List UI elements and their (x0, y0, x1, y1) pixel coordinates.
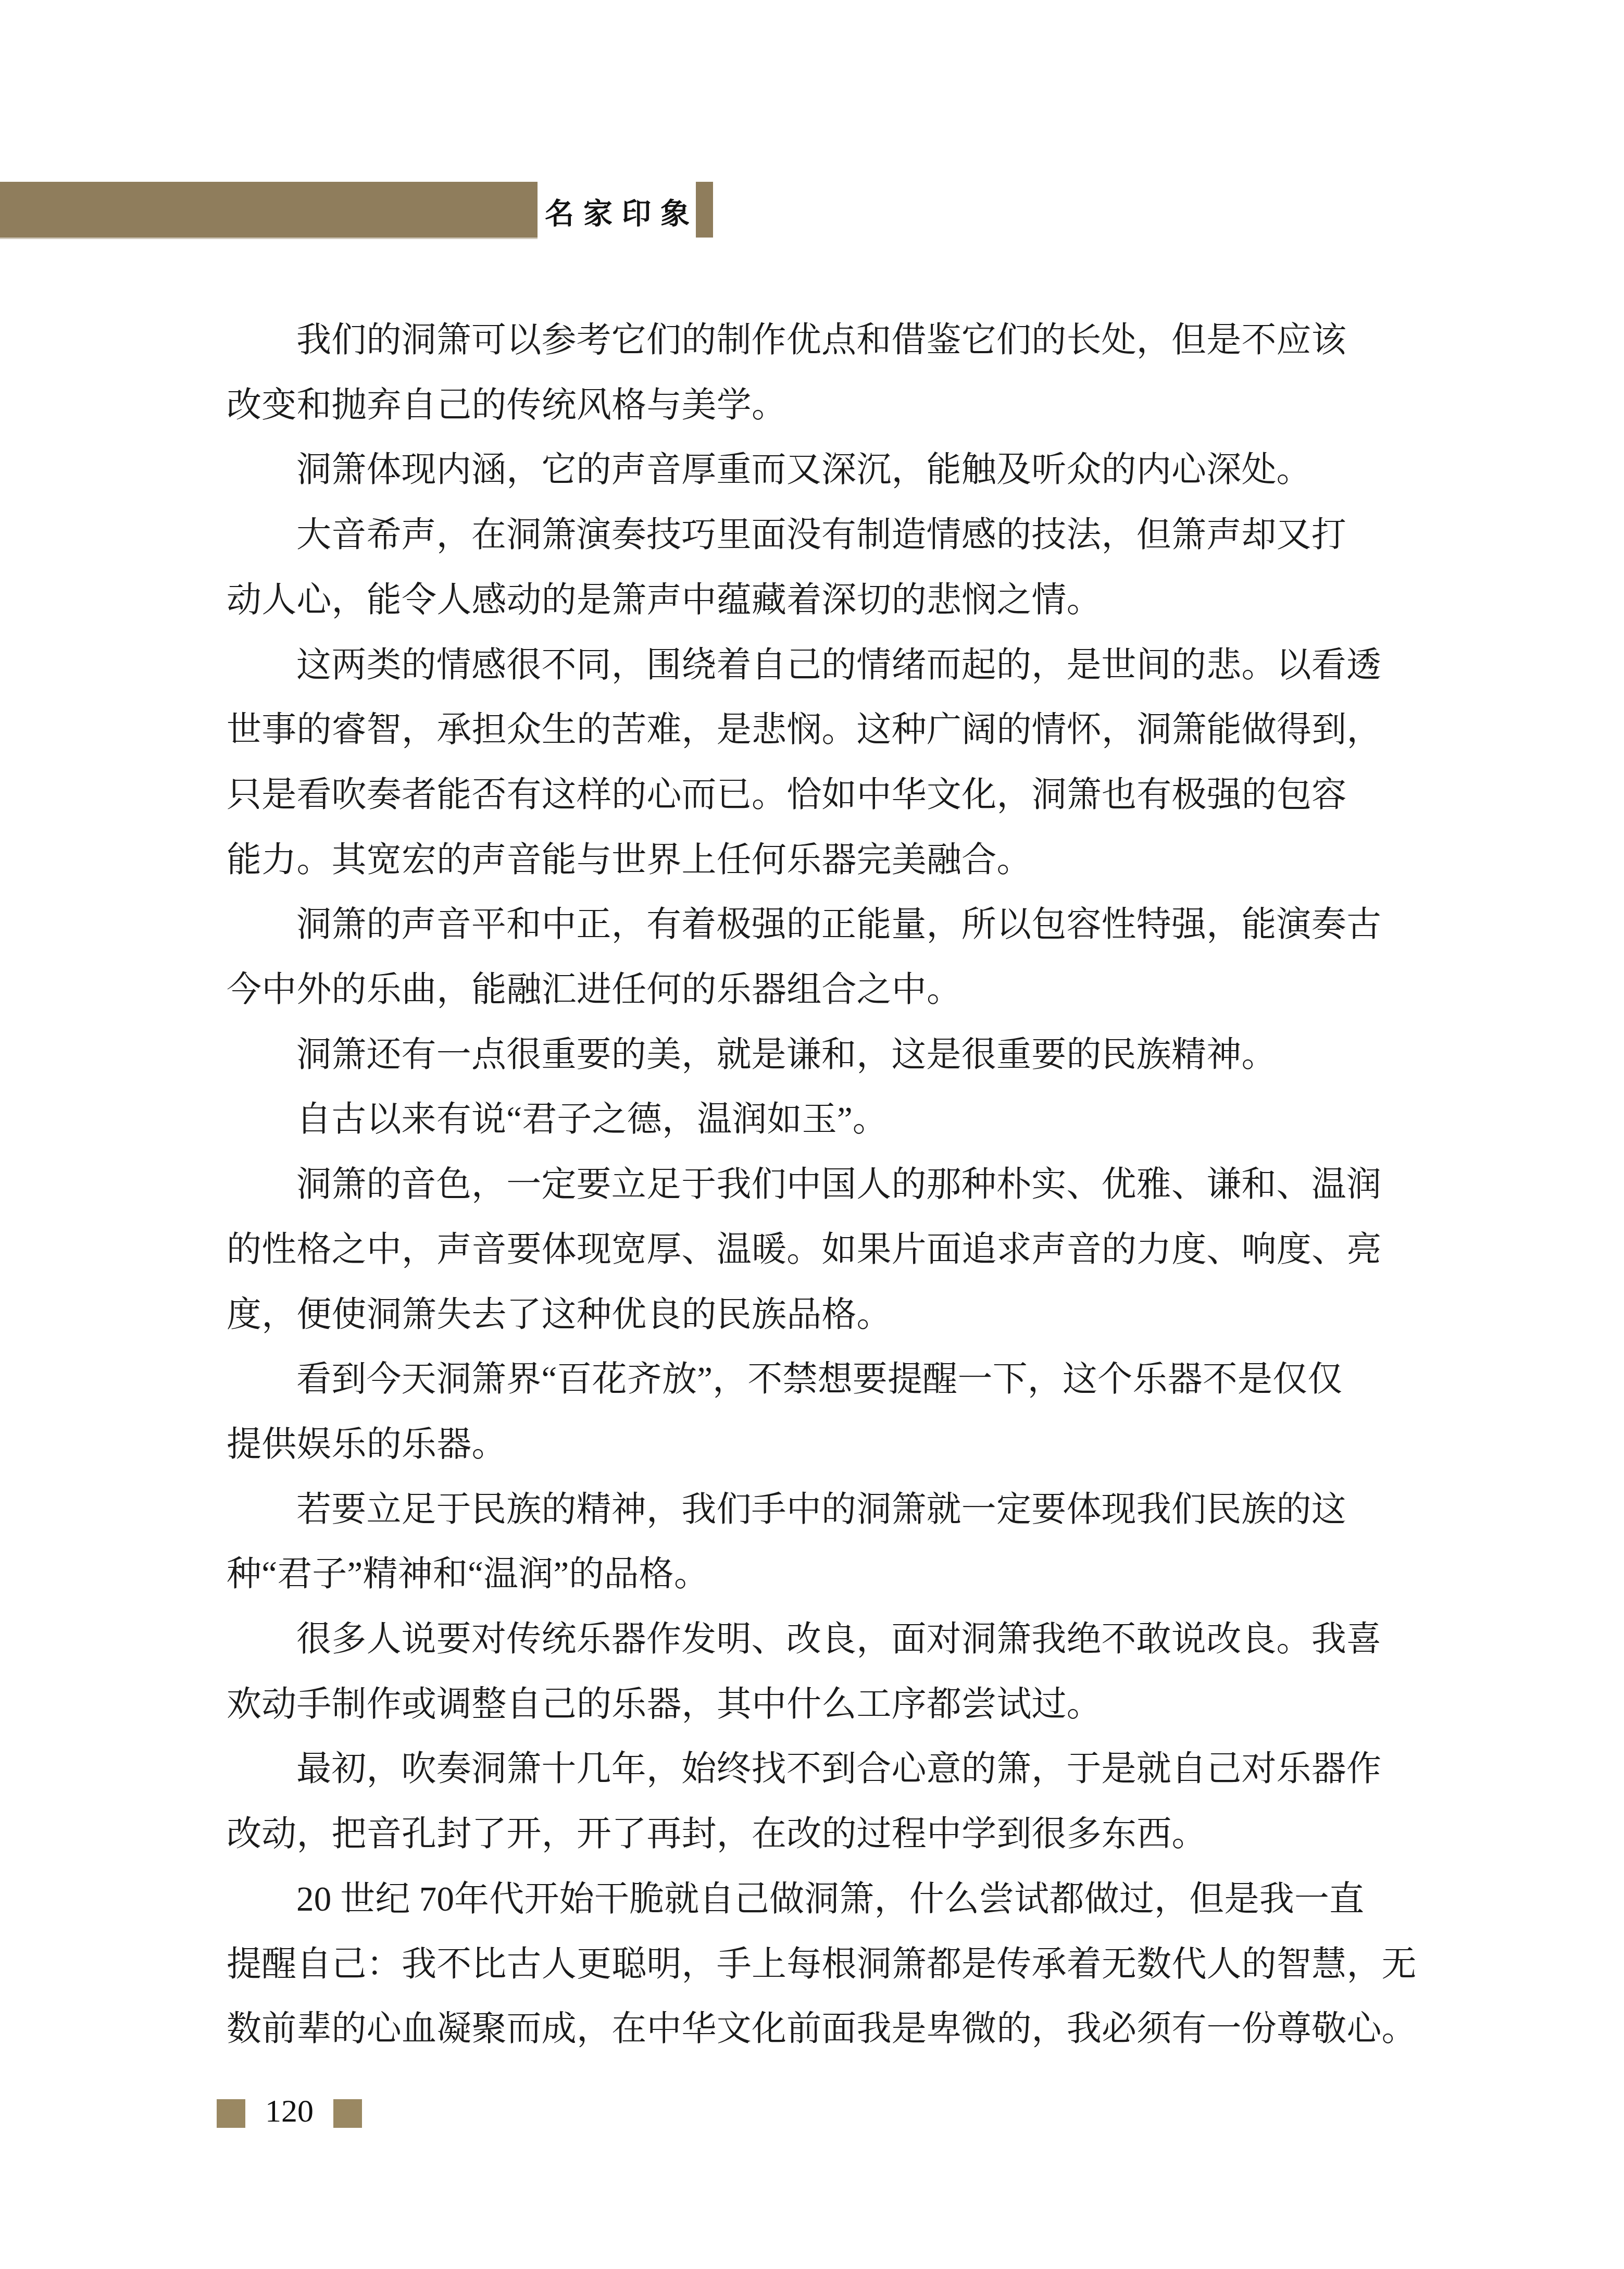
body-text-line: 若要立足于民族的精神，我们手中的洞箫就一定要体现我们民族的这 (227, 1477, 1383, 1542)
footer-right-square (333, 2099, 362, 2128)
body-text-block: 我们的洞箫可以参考它们的制作优点和借鉴它们的长处，但是不应该改变和抛弃自己的传统… (227, 308, 1383, 2062)
section-title: 名家印象 (545, 191, 699, 232)
body-text-line: 只是看吹奏者能否有这样的心而已。恰如中华文化，洞箫也有极强的包容 (227, 763, 1383, 828)
body-text-line: 20 世纪 70年代开始干脆就自己做洞箫，什么尝试都做过，但是我一直 (227, 1867, 1383, 1932)
book-page: 玉屏箫笛文史集萃 名家印象 我们的洞箫可以参考它们的制作优点和借鉴它们的长处，但… (0, 0, 1624, 2269)
body-text-line: 种“君子”精神和“温润”的品格。 (227, 1542, 1383, 1607)
body-text-line: 世事的睿智，承担众生的苦难，是悲悯。这种广阔的情怀，洞箫能做得到， (227, 697, 1383, 763)
body-text-line: 提供娱乐的乐器。 (227, 1412, 1383, 1477)
header-accent-bar (696, 182, 713, 238)
body-text-line: 改变和抛弃自己的传统风格与美学。 (227, 373, 1383, 438)
body-text-line: 度，便使洞箫失去了这种优良的民族品格。 (227, 1282, 1383, 1348)
body-text-line: 提醒自己：我不比古人更聪明，手上每根洞箫都是传承着无数代人的智慧，无 (227, 1932, 1383, 1997)
body-text-line: 最初，吹奏洞箫十几年，始终找不到合心意的箫，于是就自己对乐器作 (227, 1737, 1383, 1802)
body-text-line: 大音希声，在洞箫演奏技巧里面没有制造情感的技法，但箫声却又打 (227, 503, 1383, 568)
body-text-line: 今中外的乐曲，能融汇进任何的乐器组合之中。 (227, 957, 1383, 1023)
body-text-line: 这两类的情感很不同，围绕着自己的情绪而起的，是世间的悲。以看透 (227, 633, 1383, 698)
body-text-line: 数前辈的心血凝聚而成，在中华文化前面我是卑微的，我必须有一份尊敬心。 (227, 1997, 1383, 2062)
body-text-line: 自古以来有说“君子之德，温润如玉”。 (227, 1087, 1383, 1152)
body-text-line: 洞箫体现内涵，它的声音厚重而又深沉，能触及听众的内心深处。 (227, 438, 1383, 503)
body-text-line: 洞箫的声音平和中正，有着极强的正能量，所以包容性特强，能演奏古 (227, 892, 1383, 957)
body-text-line: 洞箫的音色，一定要立足于我们中国人的那种朴实、优雅、谦和、温润 (227, 1152, 1383, 1217)
header-banner-bar: 玉屏箫笛文史集萃 (0, 182, 538, 239)
body-text-line: 动人心，能令人感动的是箫声中蕴藏着深切的悲悯之情。 (227, 568, 1383, 633)
body-text-line: 欢动手制作或调整自己的乐器，其中什么工序都尝试过。 (227, 1672, 1383, 1737)
body-text-line: 能力。其宽宏的声音能与世界上任何乐器完美融合。 (227, 828, 1383, 893)
body-text-line: 我们的洞箫可以参考它们的制作优点和借鉴它们的长处，但是不应该 (227, 308, 1383, 373)
body-text-line: 看到今天洞箫界“百花齐放”，不禁想要提醒一下，这个乐器不是仅仅 (227, 1347, 1383, 1412)
body-text-line: 改动，把音孔封了开，开了再封，在改的过程中学到很多东西。 (227, 1802, 1383, 1867)
body-text-line: 的性格之中，声音要体现宽厚、温暖。如果片面追求声音的力度、响度、亮 (227, 1217, 1383, 1282)
body-text-line: 洞箫还有一点很重要的美，就是谦和，这是很重要的民族精神。 (227, 1023, 1383, 1088)
body-text-line: 很多人说要对传统乐器作发明、改良，面对洞箫我绝不敢说改良。我喜 (227, 1607, 1383, 1672)
